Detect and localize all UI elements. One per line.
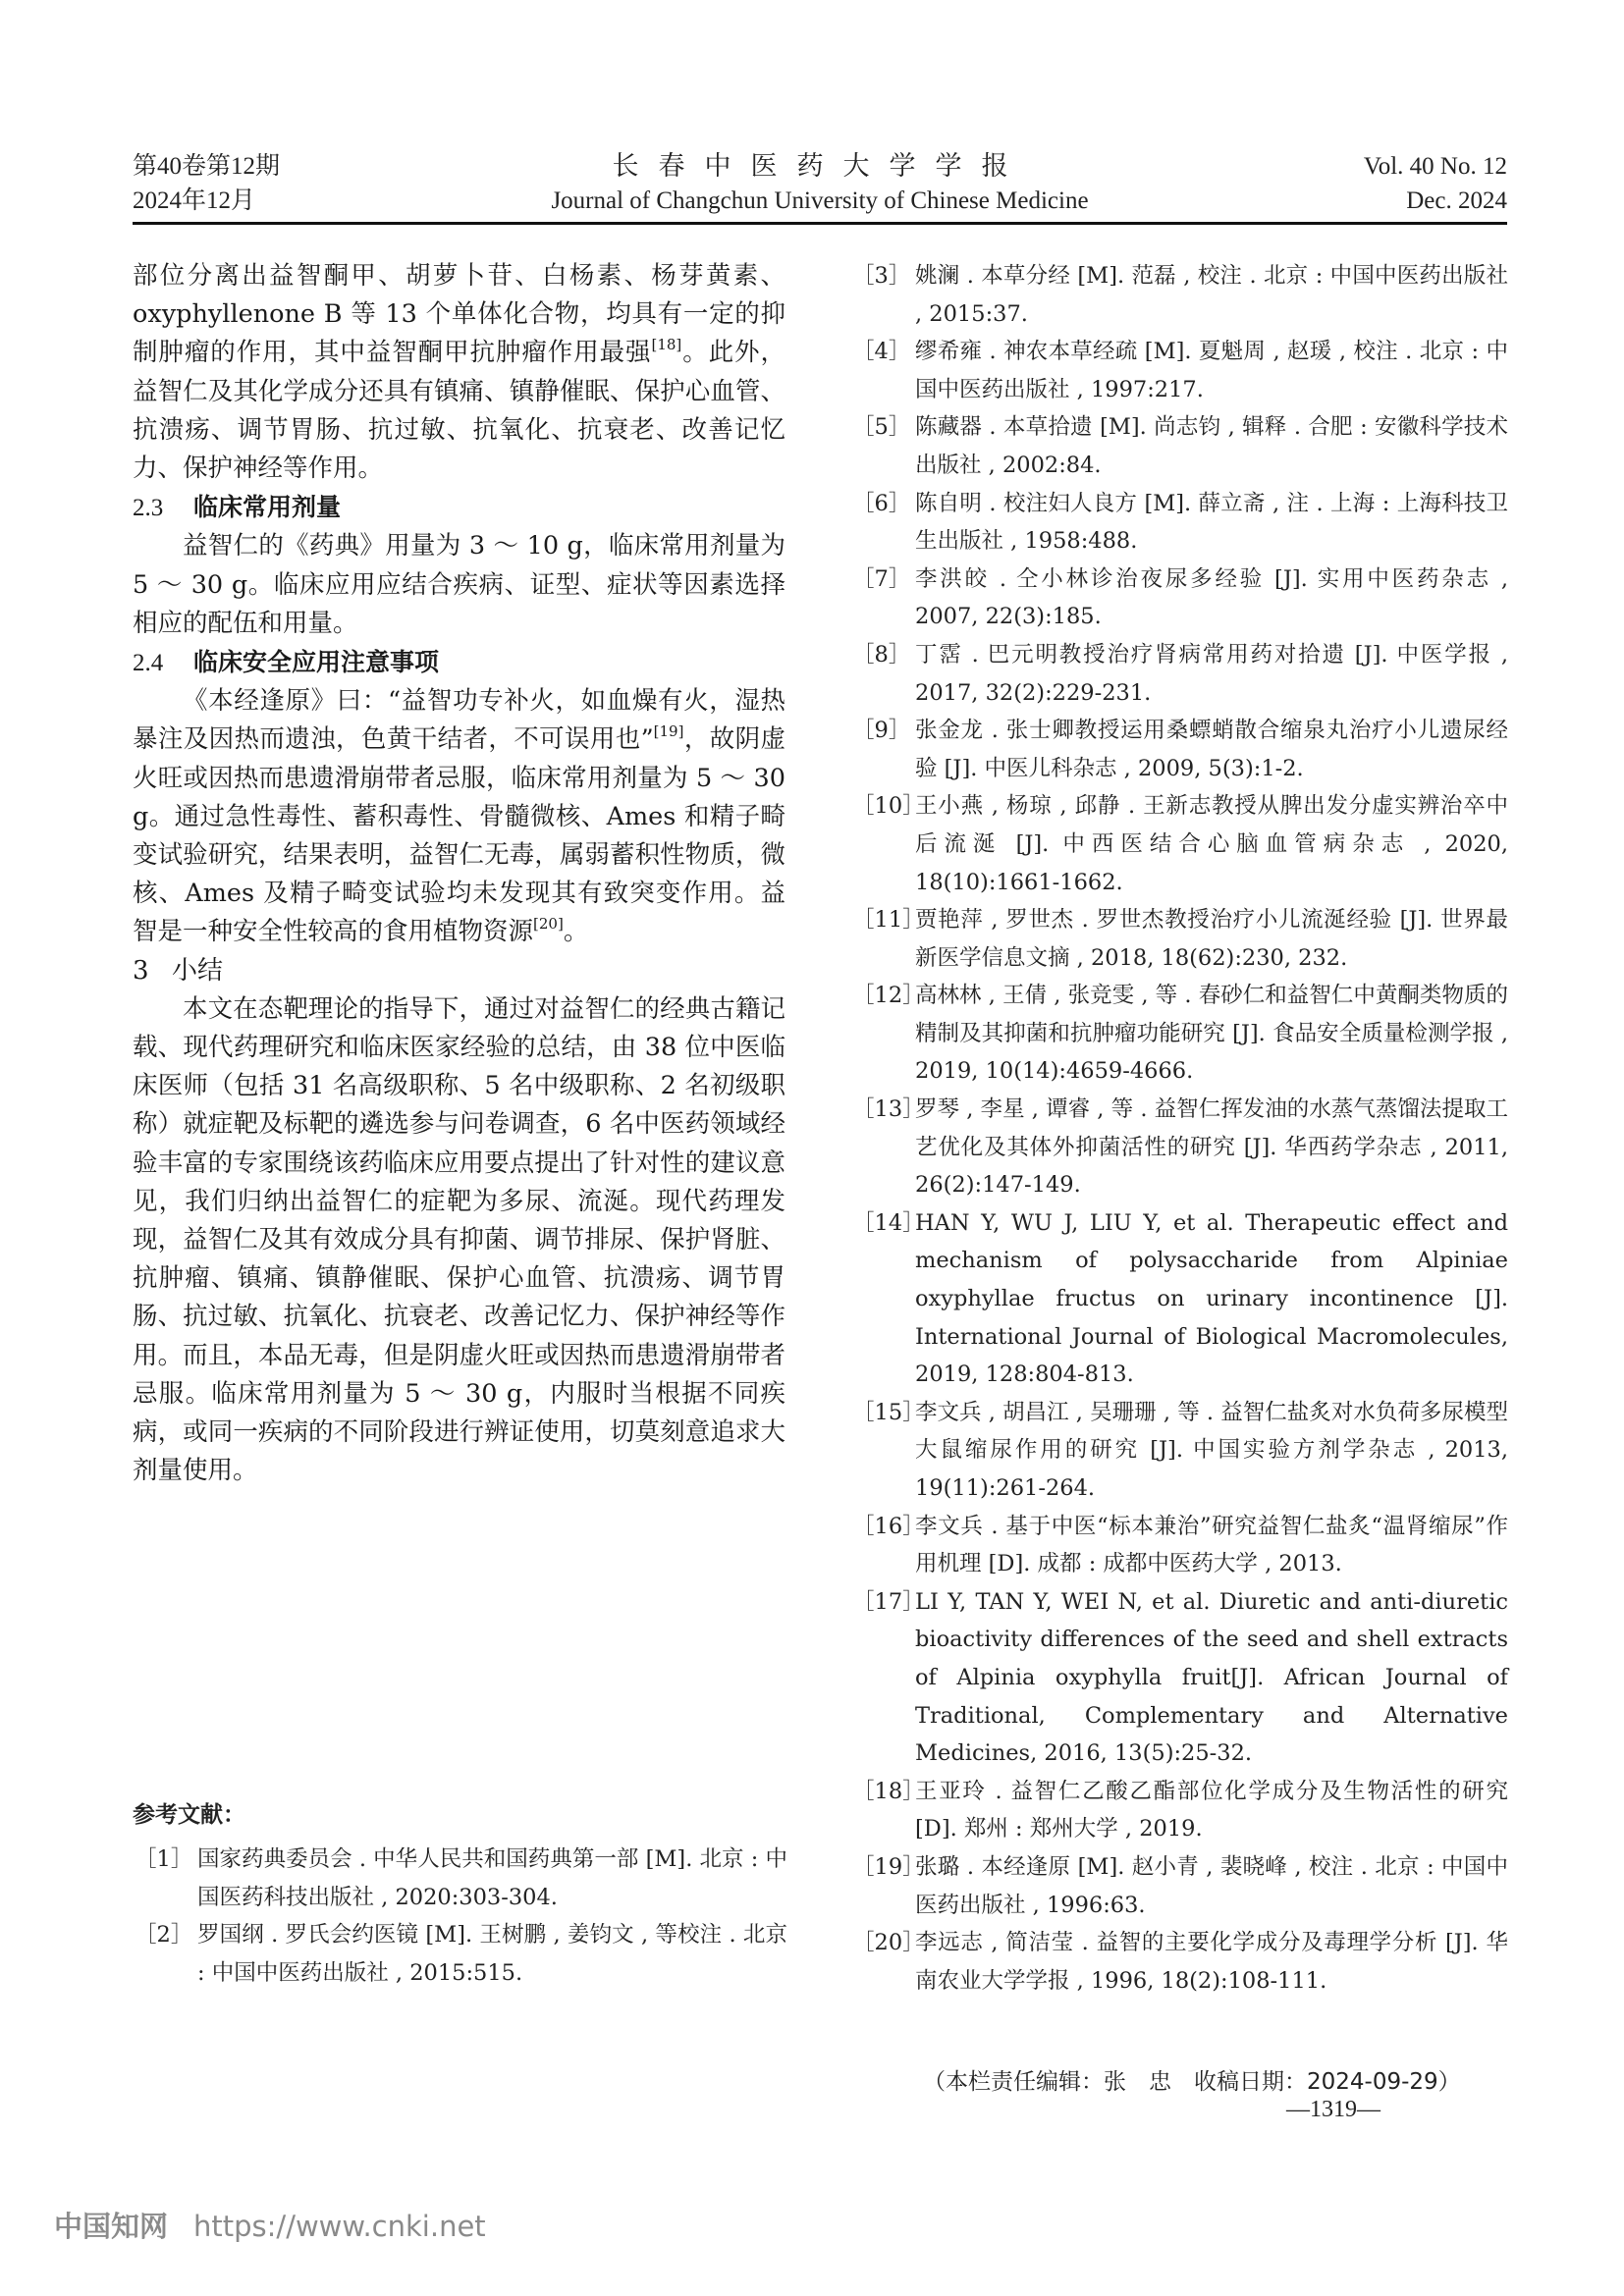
paragraph-safety: 《本经逢原》曰：“益智功专补火，如血燥有火，湿热暴注及因热而遗浊，色黄干结者，不…: [133, 682, 785, 951]
reference-number: ［7］: [852, 561, 915, 636]
journal-title-en: Journal of Changchun University of Chine…: [133, 184, 1507, 218]
reference-item: ［13］罗琴 , 李星 , 谭睿 , 等 . 益智仁挥发油的水蒸气蒸馏法提取工艺…: [852, 1091, 1508, 1204]
references-list-right: ［3］姚澜 . 本草分经 [M]. 范磊 , 校注 . 北京 : 中国中医药出版…: [852, 257, 1508, 2000]
journal-title: 长春中医药大学学报 Journal of Changchun Universit…: [133, 149, 1507, 218]
reference-text: 张璐 . 本经逢原 [M]. 赵小青 , 裴晓峰 , 校注 . 北京 : 中国中…: [915, 1848, 1508, 1924]
section-number: 2.4: [133, 644, 193, 682]
section-title: 小结: [172, 956, 223, 986]
reference-number: ［16］: [852, 1508, 915, 1583]
reference-number: ［20］: [852, 1924, 915, 2000]
citation[interactable]: [19]: [654, 722, 684, 740]
reference-text: 李文兵 . 基于中医“标本兼治”研究益智仁盐炙“温肾缩尿”作用机理 [D]. 成…: [915, 1508, 1508, 1583]
paragraph-pharmacology: 部位分离出益智酮甲、胡萝卜苷、白杨素、杨芽黄素、oxyphyllenone B …: [133, 257, 785, 488]
reference-item: ［2］罗国纲 . 罗氏会约医镜 [M]. 王树鹏 , 姜钧文 , 等校注 . 北…: [135, 1916, 787, 1992]
reference-number: ［1］: [135, 1841, 197, 1916]
citation[interactable]: [18]: [651, 336, 681, 353]
issue-info-en: Vol. 40 No. 12 Dec. 2024: [1364, 149, 1507, 218]
reference-item: ［9］张金龙 . 张士卿教授运用桑螵蛸散合缩泉丸治疗小儿遗尿经验 [J]. 中医…: [852, 712, 1508, 787]
reference-item: ［12］高林林 , 王倩 , 张竞雯 , 等 . 春砂仁和益智仁中黄酮类物质的精…: [852, 977, 1508, 1091]
reference-text: 李文兵 , 胡昌江 , 吴珊珊 , 等 . 益智仁盐炙对水负荷多尿模型大鼠缩尿作…: [915, 1394, 1508, 1508]
text: ，故阴虚火旺或因热而患遗滑崩带者忌服，临床常用剂量为 5 ～ 30 g。通过急性…: [133, 724, 785, 946]
reference-number: ［9］: [852, 712, 915, 787]
reference-text: 罗琴 , 李星 , 谭睿 , 等 . 益智仁挥发油的水蒸气蒸馏法提取工艺优化及其…: [915, 1091, 1508, 1204]
reference-item: ［15］李文兵 , 胡昌江 , 吴珊珊 , 等 . 益智仁盐炙对水负荷多尿模型大…: [852, 1394, 1508, 1508]
reference-item: ［10］王小燕 , 杨琼 , 邱静 . 王新志教授从脾出发分虚实辨治卒中后流涎 …: [852, 787, 1508, 901]
section-title: 临床常用剂量: [193, 493, 341, 521]
watermark-brand: 中国知网: [54, 2210, 168, 2243]
reference-text: LI Y, TAN Y, WEI N, et al. Diuretic and …: [915, 1583, 1508, 1773]
watermark-url[interactable]: https://www.cnki.net: [193, 2210, 486, 2243]
reference-text: 李远志 , 简洁莹 . 益智的主要化学成分及毒理学分析 [J]. 华南农业大学学…: [915, 1924, 1508, 2000]
section-heading-2-3: 2.3临床常用剂量: [133, 488, 785, 527]
reference-text: 陈藏器 . 本草拾遗 [M]. 尚志钧 , 辑释 . 合肥 : 安徽科学技术出版…: [915, 408, 1508, 484]
reference-text: 王亚玲 . 益智仁乙酸乙酯部位化学成分及生物活性的研究 [D]. 郑州 : 郑州…: [915, 1773, 1508, 1848]
reference-item: ［6］陈自明 . 校注妇人良方 [M]. 薛立斋 , 注 . 上海 : 上海科技…: [852, 485, 1508, 561]
reference-number: ［19］: [852, 1848, 915, 1924]
reference-text: 姚澜 . 本草分经 [M]. 范磊 , 校注 . 北京 : 中国中医药出版社 ,…: [915, 257, 1508, 333]
journal-header: 第40卷第12期 2024年12月 长春中医药大学学报 Journal of C…: [133, 149, 1507, 226]
reference-item: ［18］王亚玲 . 益智仁乙酸乙酯部位化学成分及生物活性的研究 [D]. 郑州 …: [852, 1773, 1508, 1848]
reference-item: ［8］丁霑 . 巴元明教授治疗肾病常用药对拾遗 [J]. 中医学报 , 2017…: [852, 636, 1508, 712]
section-number: 2.3: [133, 489, 193, 527]
reference-item: ［3］姚澜 . 本草分经 [M]. 范磊 , 校注 . 北京 : 中国中医药出版…: [852, 257, 1508, 333]
reference-item: ［17］LI Y, TAN Y, WEI N, et al. Diuretic …: [852, 1583, 1508, 1773]
reference-number: ［5］: [852, 408, 915, 484]
reference-item: ［5］陈藏器 . 本草拾遗 [M]. 尚志钧 , 辑释 . 合肥 : 安徽科学技…: [852, 408, 1508, 484]
reference-item: ［19］张璐 . 本经逢原 [M]. 赵小青 , 裴晓峰 , 校注 . 北京 :…: [852, 1848, 1508, 1924]
paragraph-dosage: 益智仁的《药典》用量为 3 ～ 10 g，临床常用剂量为 5 ～ 30 g。临床…: [133, 527, 785, 643]
reference-number: ［6］: [852, 485, 915, 561]
journal-title-cn: 长春中医药大学学报: [133, 149, 1507, 184]
reference-number: ［18］: [852, 1773, 915, 1848]
section-number: 3: [133, 952, 172, 990]
reference-item: ［7］李洪皎 . 仝小林诊治夜尿多经验 [J]. 实用中医药杂志 , 2007,…: [852, 561, 1508, 636]
reference-text: 王小燕 , 杨琼 , 邱静 . 王新志教授从脾出发分虚实辨治卒中后流涎 [J].…: [915, 787, 1508, 901]
reference-item: ［16］李文兵 . 基于中医“标本兼治”研究益智仁盐炙“温肾缩尿”作用机理 [D…: [852, 1508, 1508, 1583]
reference-item: ［20］李远志 , 简洁莹 . 益智的主要化学成分及毒理学分析 [J]. 华南农…: [852, 1924, 1508, 2000]
reference-number: ［2］: [135, 1916, 197, 1992]
paragraph-summary: 本文在态靶理论的指导下，通过对益智仁的经典古籍记载、现代药理研究和临床医家经验的…: [133, 990, 785, 1491]
reference-number: ［15］: [852, 1394, 915, 1508]
references-title: 参考文献：: [133, 1796, 245, 1829]
reference-item: ［1］国家药典委员会 . 中华人民共和国药典第一部 [M]. 北京 : 中国医药…: [135, 1841, 787, 1916]
section-title: 临床安全应用注意事项: [193, 648, 439, 676]
editor-note: （本栏责任编辑：张 忠 收稿日期：2024-09-29）: [923, 2063, 1461, 2096]
volume-issue-en: Vol. 40 No. 12: [1364, 149, 1507, 184]
reference-number: ［8］: [852, 636, 915, 712]
reference-text: 张金龙 . 张士卿教授运用桑螵蛸散合缩泉丸治疗小儿遗尿经验 [J]. 中医儿科杂…: [915, 712, 1508, 787]
text: 。: [564, 917, 589, 946]
reference-number: ［17］: [852, 1583, 915, 1773]
date-en: Dec. 2024: [1364, 184, 1507, 218]
reference-text: 陈自明 . 校注妇人良方 [M]. 薛立斋 , 注 . 上海 : 上海科技卫生出…: [915, 485, 1508, 561]
reference-text: 国家药典委员会 . 中华人民共和国药典第一部 [M]. 北京 : 中国医药科技出…: [197, 1841, 787, 1916]
reference-text: 丁霑 . 巴元明教授治疗肾病常用药对拾遗 [J]. 中医学报 , 2017, 3…: [915, 636, 1508, 712]
reference-number: ［3］: [852, 257, 915, 333]
citation[interactable]: [20]: [533, 915, 564, 933]
page-number: —1319—: [1286, 2097, 1380, 2123]
reference-item: ［4］缪希雍 . 神农本草经疏 [M]. 夏魁周 , 赵瑗 , 校注 . 北京 …: [852, 333, 1508, 408]
reference-item: ［11］贾艳萍 , 罗世杰 . 罗世杰教授治疗小儿流涎经验 [J]. 世界最新医…: [852, 901, 1508, 977]
reference-text: HAN Y, WU J, LIU Y, et al. Therapeutic e…: [915, 1204, 1508, 1394]
reference-number: ［12］: [852, 977, 915, 1091]
reference-text: 缪希雍 . 神农本草经疏 [M]. 夏魁周 , 赵瑗 , 校注 . 北京 : 中…: [915, 333, 1508, 408]
cnki-watermark: 中国知网https://www.cnki.net: [54, 2205, 486, 2245]
reference-number: ［4］: [852, 333, 915, 408]
reference-number: ［10］: [852, 787, 915, 901]
references-list-left: ［1］国家药典委员会 . 中华人民共和国药典第一部 [M]. 北京 : 中国医药…: [135, 1841, 787, 1992]
reference-text: 李洪皎 . 仝小林诊治夜尿多经验 [J]. 实用中医药杂志 , 2007, 22…: [915, 561, 1508, 636]
reference-text: 高林林 , 王倩 , 张竞雯 , 等 . 春砂仁和益智仁中黄酮类物质的精制及其抑…: [915, 977, 1508, 1091]
reference-text: 罗国纲 . 罗氏会约医镜 [M]. 王树鹏 , 姜钧文 , 等校注 . 北京 :…: [197, 1916, 787, 1992]
reference-number: ［14］: [852, 1204, 915, 1394]
section-heading-3: 3小结: [133, 952, 785, 990]
reference-number: ［11］: [852, 901, 915, 977]
header-rule: [133, 222, 1507, 225]
reference-number: ［13］: [852, 1091, 915, 1204]
reference-item: ［14］HAN Y, WU J, LIU Y, et al. Therapeut…: [852, 1204, 1508, 1394]
left-column: 部位分离出益智酮甲、胡萝卜苷、白杨素、杨芽黄素、oxyphyllenone B …: [133, 257, 785, 1491]
reference-text: 贾艳萍 , 罗世杰 . 罗世杰教授治疗小儿流涎经验 [J]. 世界最新医学信息文…: [915, 901, 1508, 977]
section-heading-2-4: 2.4临床安全应用注意事项: [133, 643, 785, 682]
